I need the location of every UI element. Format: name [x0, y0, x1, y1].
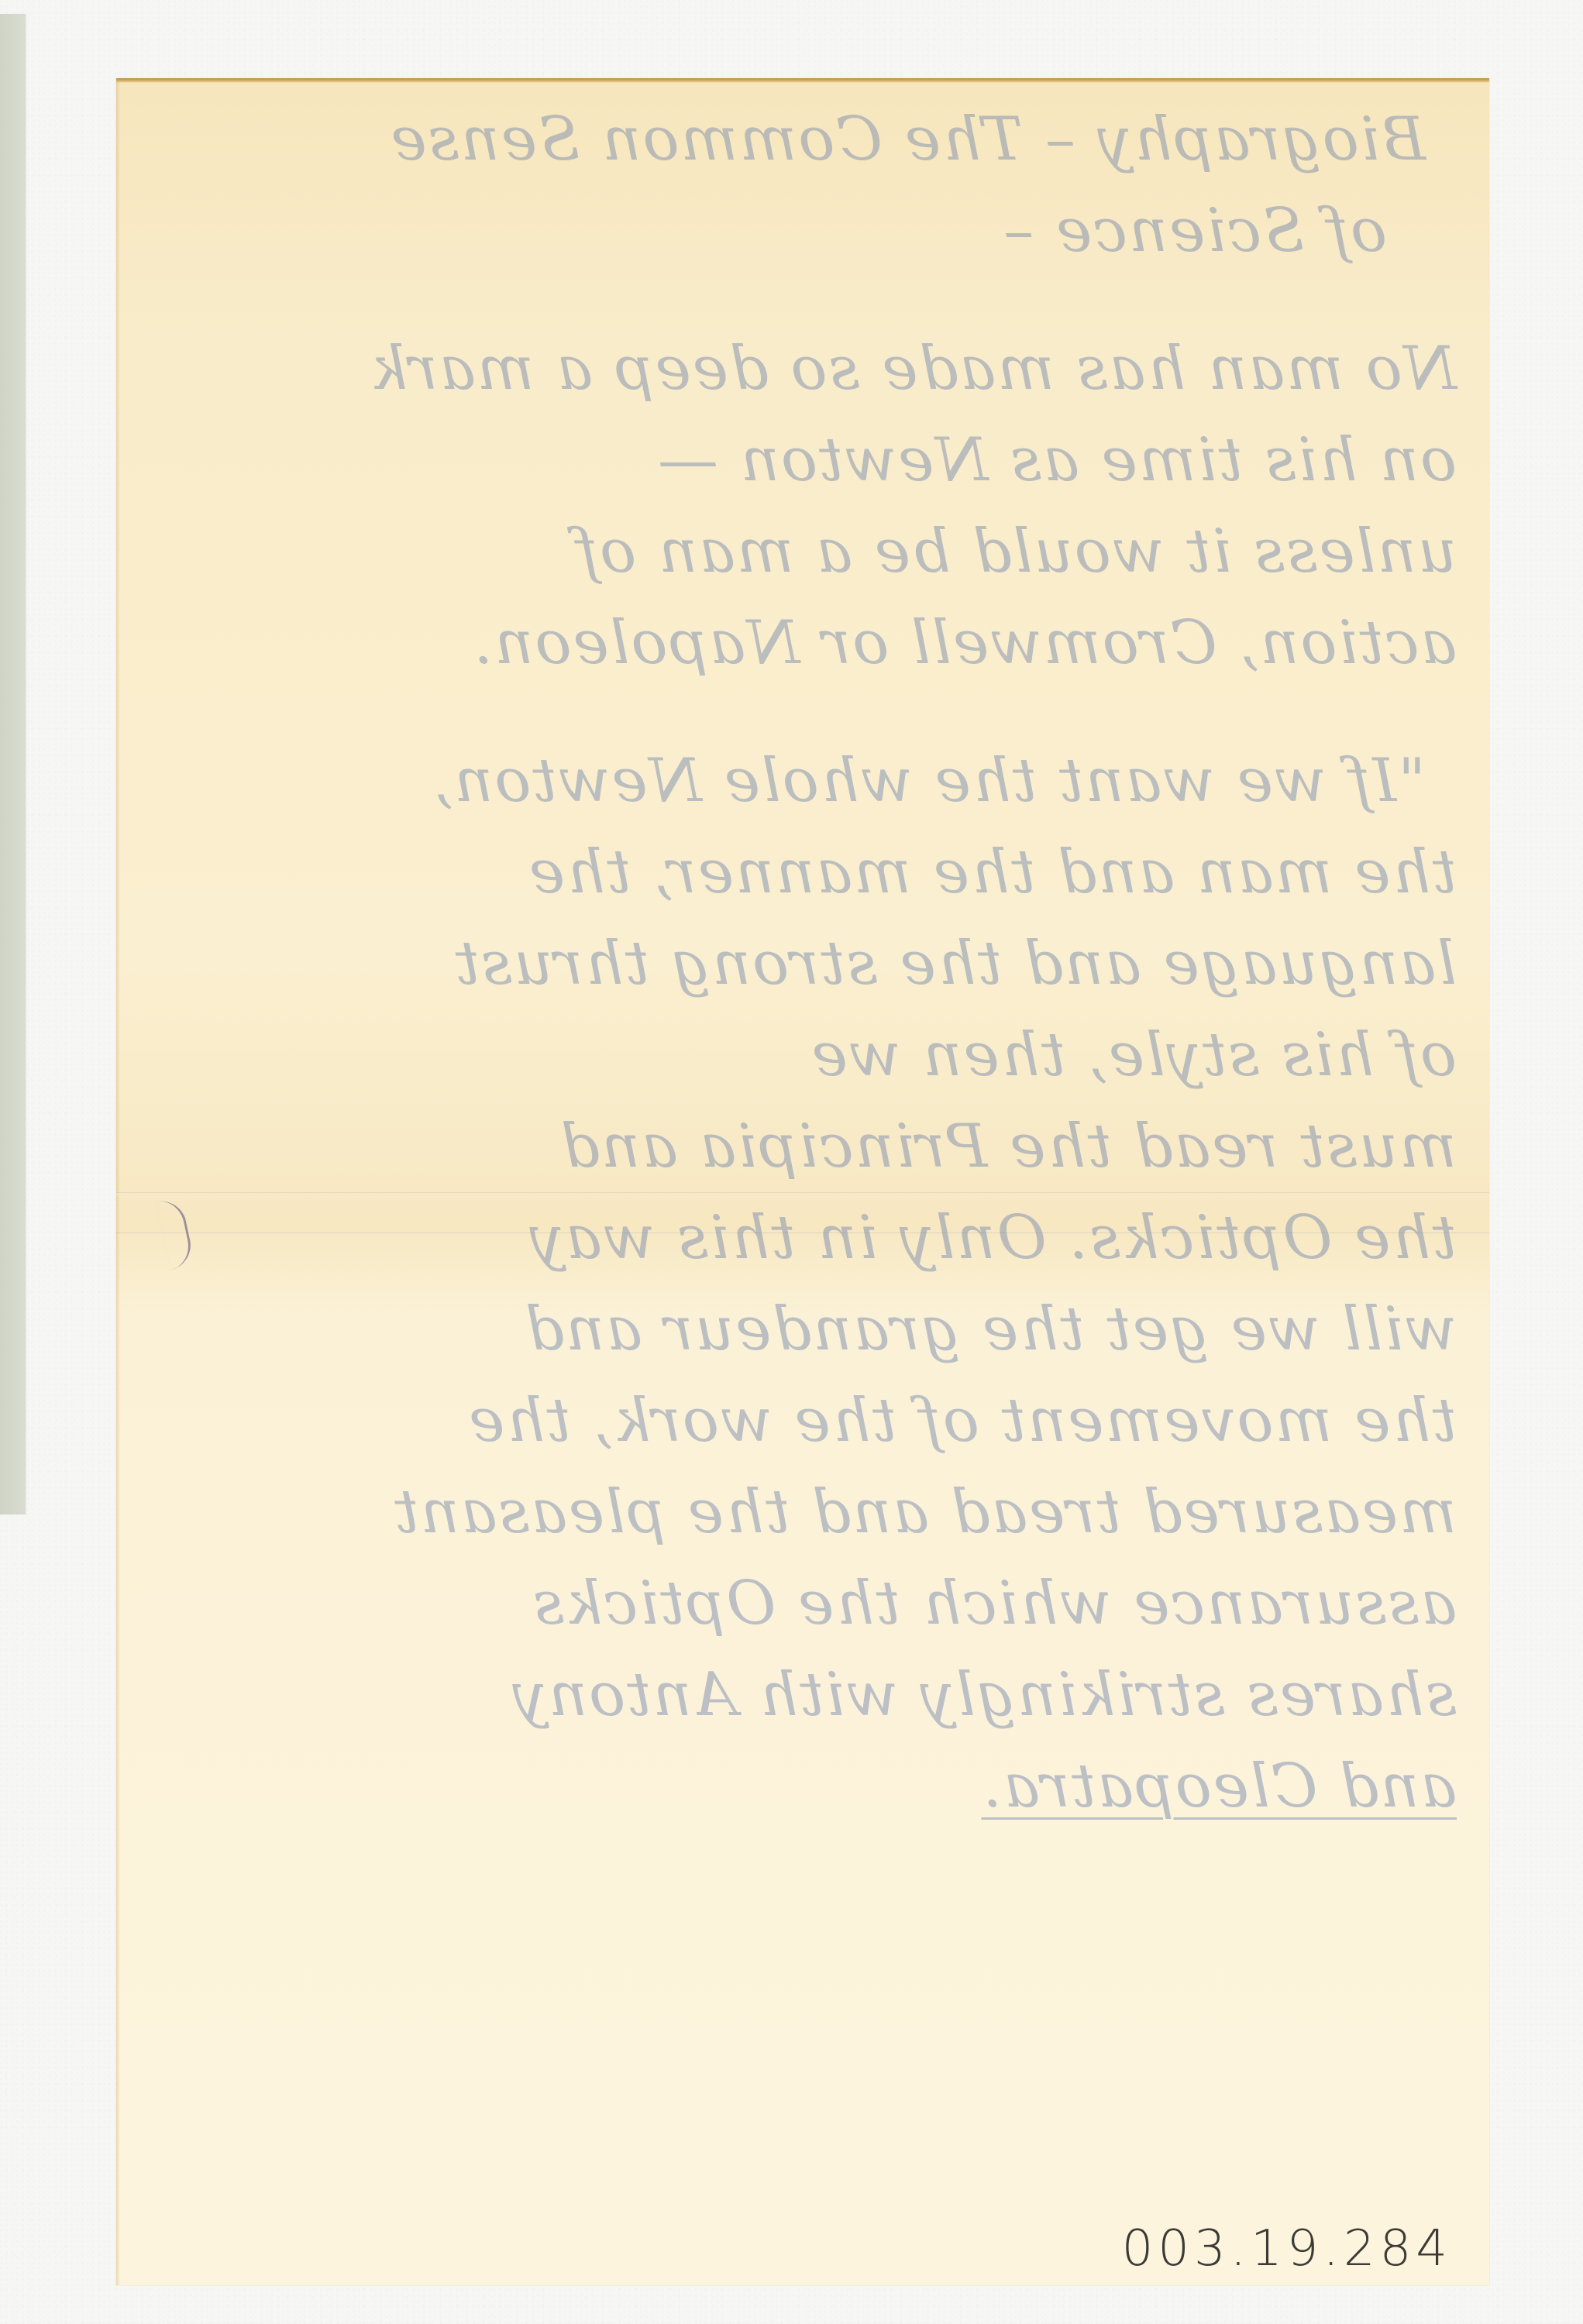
- sheet-top-edge: [116, 78, 1489, 83]
- handwriting-line: and Cleopatra.: [186, 1741, 1457, 1832]
- bleed-through-handwriting: Biography – The Common Sense of Science …: [186, 94, 1457, 1832]
- handwriting-line: the movement of the work, the: [186, 1375, 1457, 1466]
- handwriting-line: shares strikingly with Antony: [186, 1649, 1457, 1741]
- handwriting-line: No man has made so deep a mark: [186, 323, 1457, 414]
- handwriting-line: will we get the grandeur and: [186, 1284, 1457, 1375]
- handwriting-line: unless it would be a man of: [186, 506, 1457, 597]
- handwriting-line: must read the Principia and: [186, 1101, 1457, 1192]
- accession-number: 003.19.284: [1122, 2220, 1452, 2278]
- handwriting-line: language and the strong thrust: [186, 918, 1457, 1009]
- handwriting-line: Biography – The Common Sense: [186, 94, 1457, 185]
- handwriting-line: of Science –: [186, 185, 1457, 277]
- handwriting-line: on his time as Newton —: [186, 414, 1457, 506]
- handwriting-line: of his style, then we: [186, 1009, 1457, 1101]
- handwriting-line: "If we want the whole Newton,: [186, 735, 1457, 827]
- sheet-left-edge: [116, 78, 120, 2285]
- manuscript-sheet: Biography – The Common Sense of Science …: [116, 78, 1489, 2285]
- adjacent-page-edge: [0, 14, 26, 1514]
- handwriting-line: assurance which the Opticks: [186, 1558, 1457, 1649]
- handwriting-line: action, Cromwell or Napoleon.: [186, 597, 1457, 689]
- handwriting-line: measured tread and the pleasant: [186, 1466, 1457, 1558]
- handwriting-line: the man and the manner, the: [186, 827, 1457, 918]
- underlined-title: and Cleopatra.: [981, 1752, 1457, 1821]
- handwriting-line: the Opticks. Only in this way: [186, 1192, 1457, 1284]
